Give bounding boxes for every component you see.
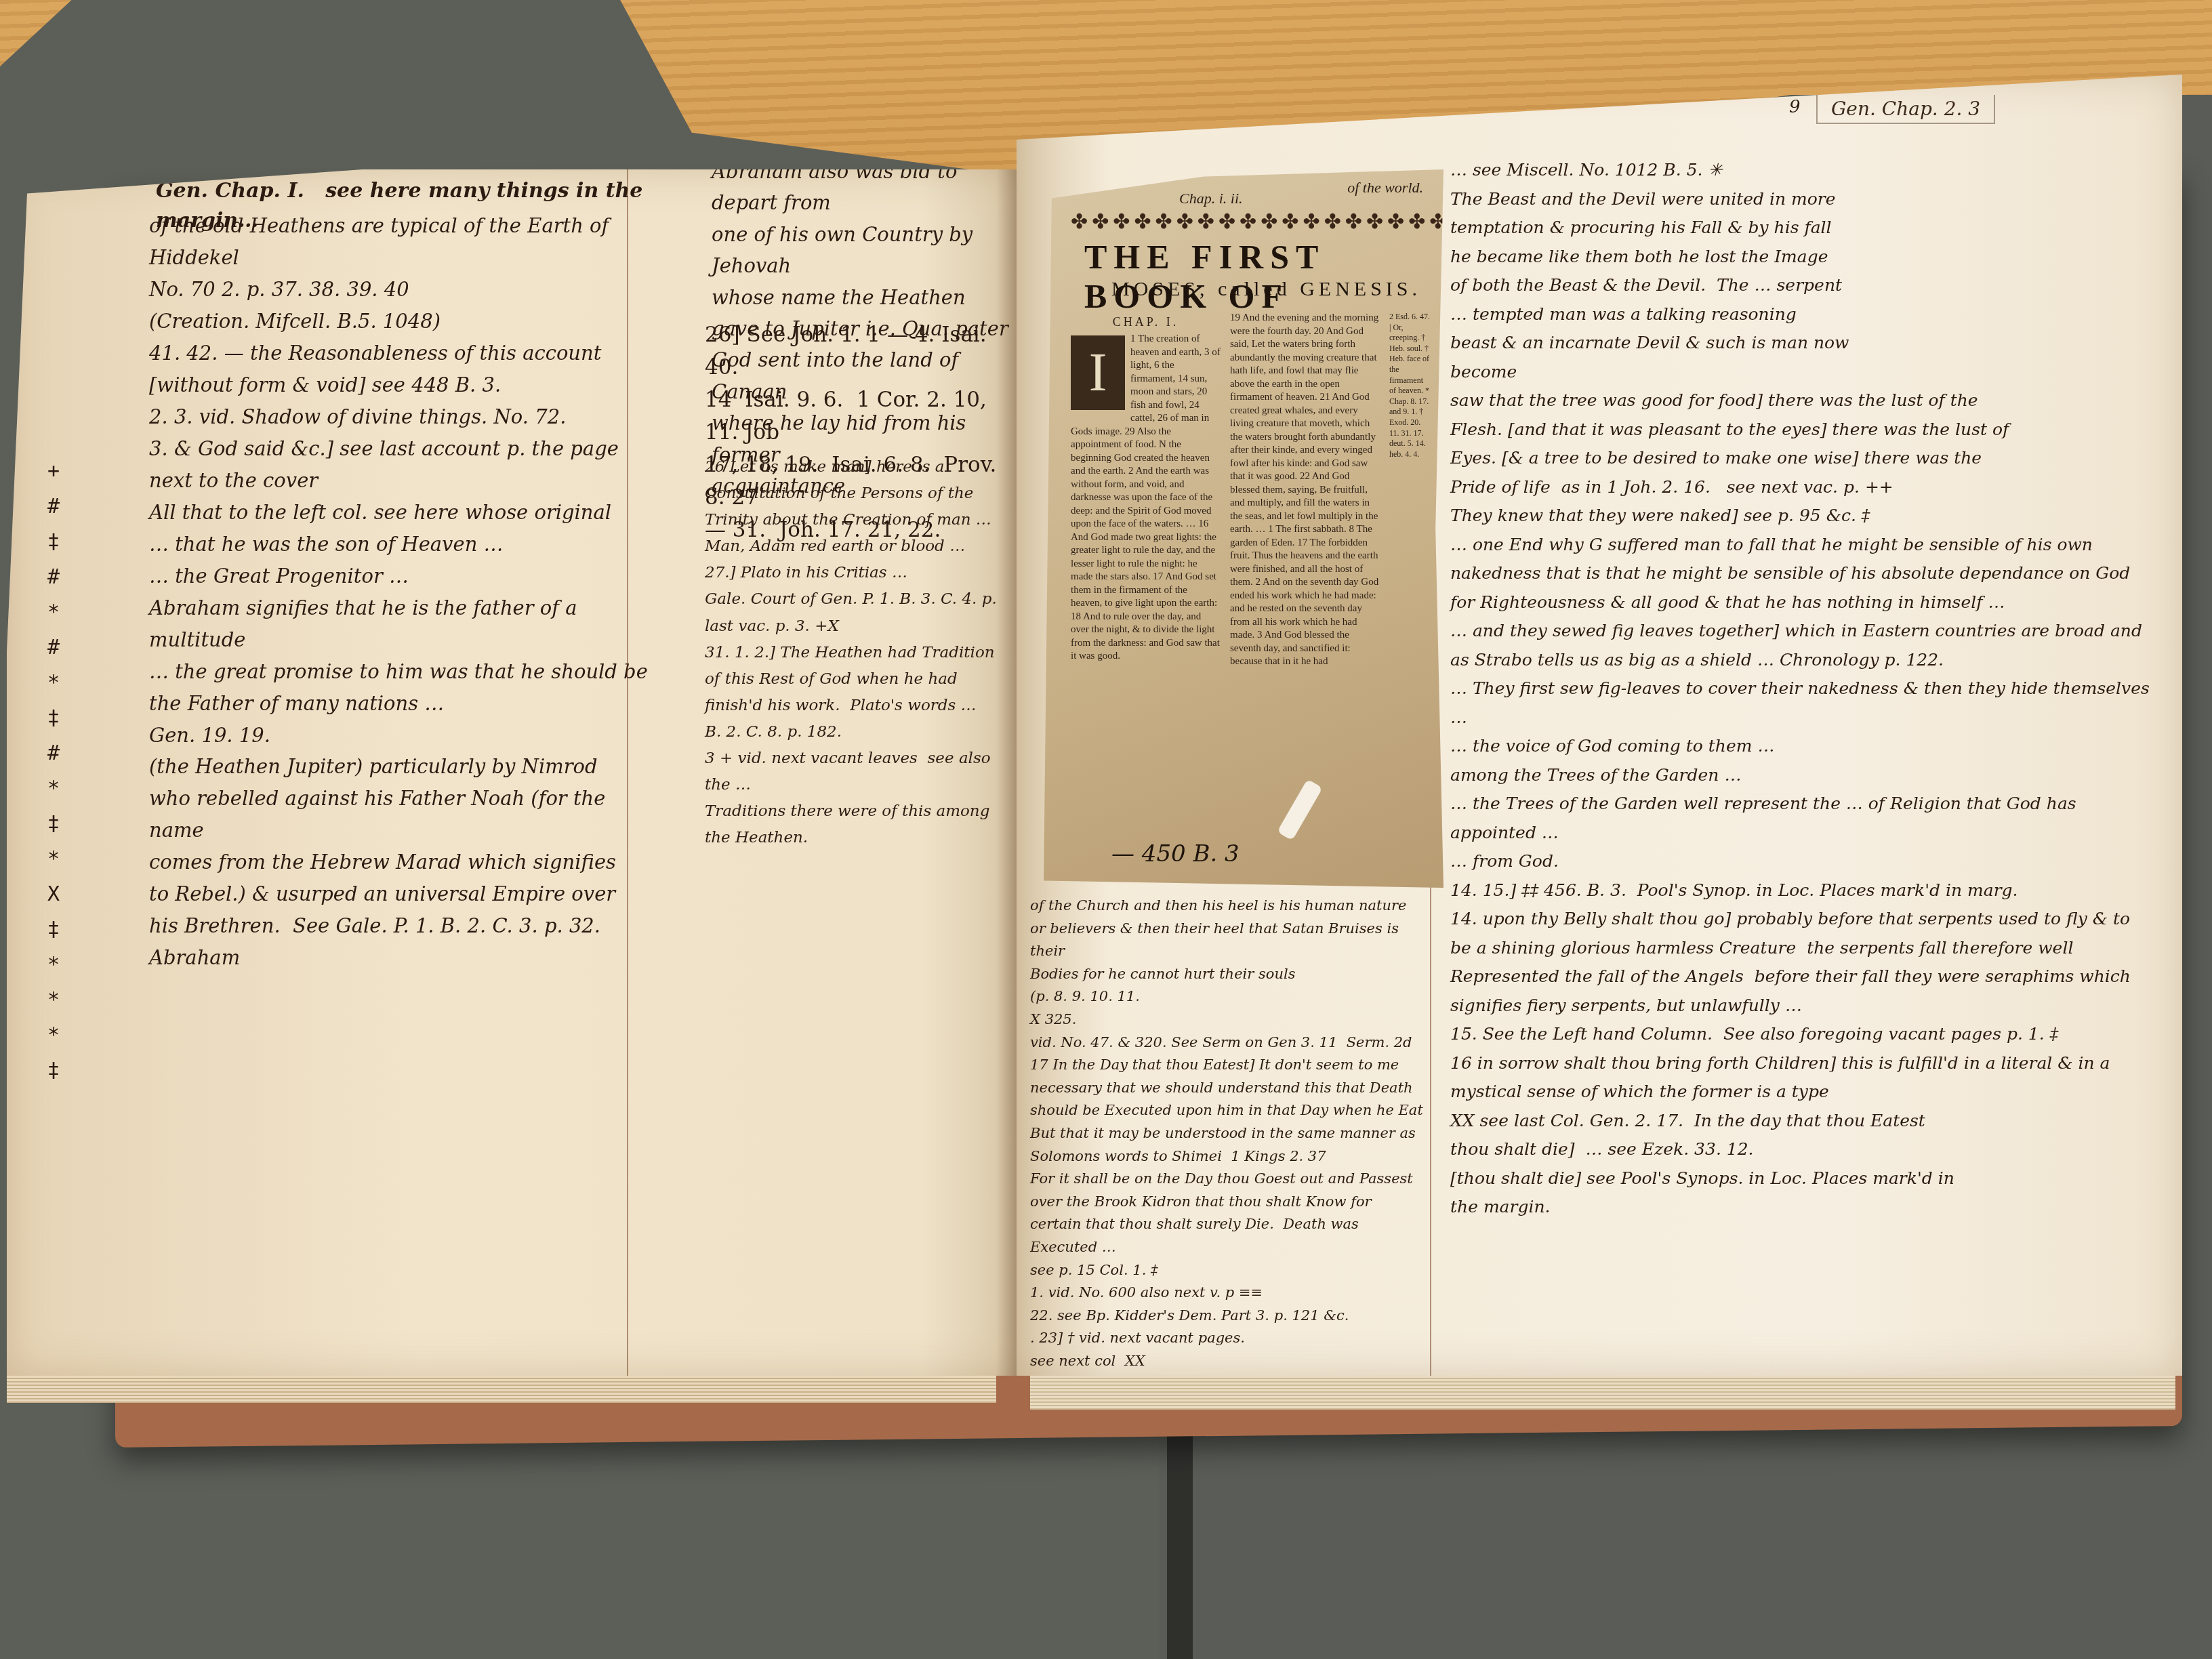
handwritten-line: (Creation. Mifcell. B.5. 1048) — [149, 306, 664, 337]
margin-mark: # — [47, 489, 129, 525]
handwritten-line: comes from the Hebrew Marad which signif… — [149, 846, 664, 878]
handwritten-line: of the Church and then his heel is his h… — [1030, 895, 1423, 918]
handwritten-line: or believers & then their heel that Sata… — [1030, 918, 1423, 963]
printed-text: 19 And the evening and the morning were … — [1230, 312, 1378, 667]
handwritten-line: … and they sewed fig leaves together] wh… — [1450, 617, 2155, 674]
handwritten-line: vid. No. 47. & 320. See Serm on Gen 3. 1… — [1030, 1031, 1423, 1054]
fleuron-ornament: ✤✤✤✤✤✤✤✤✤✤✤✤✤✤✤✤✤✤✤✤ — [1071, 210, 1430, 234]
handwritten-line: … the great promise to him was that he s… — [149, 656, 664, 720]
handwritten-line: he became like them both he lost the Ima… — [1450, 243, 2155, 272]
handwritten-line: 16 in sorrow shalt thou bring forth Chil… — [1450, 1049, 2155, 1107]
margin-mark: ‡ — [47, 806, 129, 842]
printed-margin-notes: 2 Esd. 6. 47. | Or, creeping. † Heb. sou… — [1389, 312, 1430, 834]
column-rule — [1430, 861, 1431, 1376]
margin-mark: * — [47, 947, 129, 983]
handwritten-line: No. 70 2. p. 37. 38. 39. 40 — [149, 274, 664, 306]
handwritten-line: 17 In the Day that thou Eatest] It don't… — [1030, 1054, 1423, 1168]
handwritten-line: 3. & God said &c.] see last account p. t… — [149, 433, 664, 497]
handwritten-line: beast & an incarnate Devil & such is man… — [1450, 329, 2155, 358]
handwritten-line: … They first sew fig-leaves to cover the… — [1450, 674, 2155, 732]
book-subtitle: MOSES, called GENESIS. — [1111, 278, 1421, 301]
handwritten-line: become — [1450, 358, 2155, 387]
margin-mark: * — [47, 1018, 129, 1053]
handwritten-line: saw that the tree was good for food] the… — [1450, 386, 2155, 415]
book-title: THE FIRST BOOK OF — [1084, 237, 1443, 316]
handwritten-note: 3 + vid. next vacant leaves see also the… — [705, 745, 1010, 798]
handwritten-line: 14. upon thy Belly shalt thou go] probab… — [1450, 905, 2155, 1020]
handwritten-line: … the voice of God coming to them … — [1450, 732, 2155, 761]
margin-mark: * — [47, 595, 129, 630]
handwritten-line: For it shall be on the Day thou Goest ou… — [1030, 1168, 1423, 1258]
handwritten-line: Eyes. [& a tree to be desired to make on… — [1450, 444, 2155, 473]
handwritten-line: 1. vid. No. 600 also next v. p ≡≡ — [1030, 1282, 1423, 1305]
left-column-text: of the old Heathens are typical of the E… — [149, 210, 664, 974]
handwritten-line: They knew that they were naked] see p. 9… — [1450, 501, 2155, 531]
handwritten-line: . 23] † vid. next vacant pages. — [1030, 1327, 1423, 1350]
handwritten-line: 14. 15.] ‡‡ 456. B. 3. Pool's Synop. in … — [1450, 876, 2155, 905]
handwritten-line: Gen. 19. 19. — [149, 720, 664, 752]
chapter-heading: CHAP. I. — [1071, 314, 1221, 330]
handwritten-note: 26 Let us make man] here is a Consultati… — [705, 454, 1010, 533]
column-rule — [627, 169, 628, 1376]
handwritten-line: of both the Beast & the Devil. The … ser… — [1450, 271, 2155, 300]
handwritten-line: … see Miscell. No. 1012 B. 5. ✳ — [1450, 156, 2155, 185]
middle-column-notes: 26 Let us make man] here is a Consultati… — [705, 454, 1010, 851]
handwritten-line: … the Trees of the Garden well represent… — [1450, 790, 2155, 847]
handwritten-line: (p. 8. 9. 10. 11. — [1030, 985, 1423, 1008]
drop-cap: I — [1071, 335, 1125, 410]
handwritten-line: X 325. — [1030, 1008, 1423, 1031]
handwritten-line: the margin. — [1450, 1193, 2155, 1222]
handwritten-line: [without form & void] see 448 B. 3. — [149, 369, 664, 401]
handwritten-line: his Brethren. See Gale. P. 1. B. 2. C. 3… — [149, 910, 664, 942]
margin-mark: ‡ — [47, 701, 129, 736]
margin-mark: # — [47, 560, 129, 595]
foam-gap — [1167, 1416, 1193, 1659]
scripture-reference: 26] See Joh. 1. 1 — 4. Isai. 40. — [705, 319, 1017, 384]
handwritten-line: whose name the Heathen — [712, 282, 1010, 313]
margin-mark: X — [47, 877, 129, 912]
handwritten-line: among the Trees of the Garden … — [1450, 761, 2155, 790]
handwritten-note: 31. 1. 2.] The Heathen had Tradition of … — [705, 640, 1010, 719]
handwritten-line: … tempted man was a talking reasoning — [1450, 300, 2155, 329]
handwritten-line: temptation & procuring his Fall & by his… — [1450, 213, 2155, 243]
margin-mark: + — [47, 454, 129, 489]
handwritten-line: 22. see Bp. Kidder's Dem. Part 3. p. 121… — [1030, 1305, 1423, 1328]
handwritten-line: of the old Heathens are typical of the E… — [149, 210, 664, 274]
handwritten-line: Flesh. [and that it was pleasant to the … — [1450, 415, 2155, 445]
printed-column-2: 19 And the evening and the morning were … — [1230, 312, 1380, 834]
handwritten-line: [thou shalt die] see Pool's Synops. in L… — [1450, 1164, 2155, 1193]
handwritten-line: … one End why G suffered man to fall tha… — [1450, 531, 2155, 617]
printed-genesis-leaf: Chap. i. ii. of the world. ✤✤✤✤✤✤✤✤✤✤✤✤✤… — [1044, 169, 1443, 888]
left-page: +#‡#*#*‡#*‡*X‡***‡ Gen. Chap. I. see her… — [7, 169, 1023, 1376]
margin-mark: ‡ — [47, 1053, 129, 1088]
marginal-references: 2 Esd. 6. 47. | Or, creeping. † Heb. sou… — [1389, 312, 1430, 459]
handwritten-line: to Rebel.) & usurped an universal Empire… — [149, 878, 664, 910]
margin-mark: * — [47, 771, 129, 806]
page-number: 9 — [1789, 95, 1801, 121]
margin-mark: ‡ — [47, 525, 129, 560]
handwritten-reference: — 450 B. 3 — [1111, 840, 1240, 867]
handwritten-note: B. 2. C. 8. p. 182. — [705, 719, 1010, 745]
handwritten-note: Gale. Court of Gen. P. 1. B. 3. C. 4. p. — [705, 586, 1010, 613]
printed-column-1: CHAP. I. I 1 The creation of heaven and … — [1071, 312, 1221, 834]
handwritten-line: XX see last Col. Gen. 2. 17. In the day … — [1450, 1107, 2155, 1136]
running-head: Chap. i. ii. — [1179, 190, 1243, 207]
handwritten-line: Bodies for he cannot hurt their souls — [1030, 963, 1423, 986]
handwritten-line: … from God. — [1450, 847, 2155, 876]
scripture-reference: 14 Isai. 9. 6. 1 Cor. 2. 10, 11. Job — [705, 384, 1017, 449]
handwritten-line: All that to the left col. see here whose… — [149, 497, 664, 529]
handwritten-line: Abraham — [149, 942, 664, 974]
margin-marks: +#‡#*#*‡#*‡*X‡***‡ — [47, 454, 129, 1088]
page-header-tab: Gen. Chap. 2. 3 — [1816, 95, 1995, 124]
handwritten-line: 15. See the Left hand Column. See also f… — [1450, 1020, 2155, 1049]
margin-mark: ‡ — [47, 912, 129, 947]
handwritten-line: see next col XX — [1030, 1350, 1423, 1373]
margin-mark: * — [47, 983, 129, 1018]
handwritten-line: 41. 42. — the Reasonableness of this acc… — [149, 337, 664, 369]
handwritten-line: Abraham signifies that he is the father … — [149, 592, 664, 656]
handwritten-line: see p. 15 Col. 1. ‡ — [1030, 1259, 1423, 1282]
printed-columns: CHAP. I. I 1 The creation of heaven and … — [1071, 312, 1430, 834]
handwritten-note: 27.] Plato in his Critias … — [705, 560, 1010, 586]
handwritten-line: … the Great Progenitor … — [149, 560, 664, 592]
middle-lower-notes: of the Church and then his heel is his h… — [1030, 895, 1423, 1372]
right-column-text: … see Miscell. No. 1012 B. 5. ✳The Beast… — [1450, 156, 2155, 1222]
handwritten-line: … that he was the son of Heaven … — [149, 529, 664, 560]
handwritten-line: one of his own Country by Jehovah — [712, 219, 1010, 282]
handwritten-note: Traditions there were of this among the … — [705, 798, 1010, 851]
handwritten-line: Abraham also was bid to depart from — [712, 169, 1010, 219]
handwritten-line: The Beast and the Devil were united in m… — [1450, 185, 2155, 214]
margin-mark: # — [47, 736, 129, 771]
margin-mark: * — [47, 842, 129, 877]
margin-mark: * — [47, 665, 129, 701]
handwritten-note: Man, Adam red earth or blood … — [705, 533, 1010, 560]
handwritten-line: Pride of life as in 1 Joh. 2. 16. see ne… — [1450, 473, 2155, 502]
handwritten-line: (the Heathen Jupiter) particularly by Ni… — [149, 751, 664, 783]
handwritten-line: who rebelled against his Father Noah (fo… — [149, 783, 664, 846]
running-head-right: of the world. — [1347, 179, 1423, 197]
handwritten-line: 2. 3. vid. Shadow of divine things. No. … — [149, 401, 664, 433]
margin-mark: # — [47, 630, 129, 665]
handwritten-line: thou shalt die] … see Ezek. 33. 12. — [1450, 1135, 2155, 1164]
handwritten-note: last vac. p. 3. +X — [705, 613, 1010, 640]
